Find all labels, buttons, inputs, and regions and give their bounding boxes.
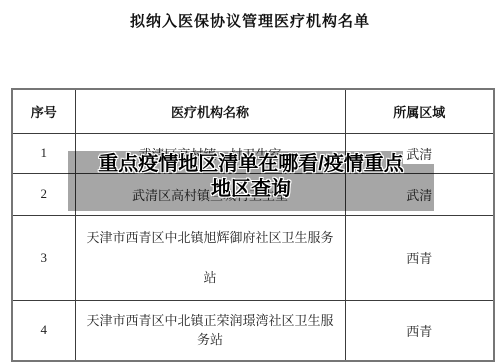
- region-label-highlight: 武清: [403, 143, 435, 164]
- serial-cell: 4: [12, 300, 75, 361]
- header-serial: 序号: [12, 89, 75, 133]
- table-row-1: 1 武清区高村镇…村卫生室 武清: [12, 133, 494, 173]
- name-cell: 天津市西青区中北镇旭辉御府社区卫生服务站: [75, 215, 345, 300]
- region-cell: 武清: [345, 173, 494, 215]
- serial-cell: 3: [12, 215, 75, 300]
- institution-table: 序号 医疗机构名称 所属区域 1 武清区高村镇…村卫生室 武清 2 武清区高村镇…: [11, 88, 495, 362]
- table-row-3: 3 天津市西青区中北镇旭辉御府社区卫生服务站 西青: [12, 215, 494, 300]
- name-cell: 天津市西青区中北镇正荣润璟湾社区卫生服务站: [75, 300, 345, 361]
- header-region: 所属区域: [345, 89, 494, 133]
- table-row-4: 4 天津市西青区中北镇正荣润璟湾社区卫生服务站 西青: [12, 300, 494, 361]
- page-title: 拟纳入医保协议管理医疗机构名单: [0, 10, 500, 31]
- region-cell: 西青: [345, 215, 494, 300]
- table-header-row: 序号 医疗机构名称 所属区域: [12, 89, 494, 133]
- serial-cell: 2: [12, 173, 75, 215]
- region-cell: 武清: [345, 133, 494, 173]
- serial-cell: 1: [12, 133, 75, 173]
- name-cell: 武清区高村镇…村卫生室: [75, 133, 345, 173]
- page: 拟纳入医保协议管理医疗机构名单 序号 医疗机构名称 所属区域 1 武清区高村镇……: [0, 0, 500, 364]
- region-cell: 西青: [345, 300, 494, 361]
- table-row-2: 2 武清区高村镇兰城村卫生室 武清: [12, 173, 494, 215]
- name-cell: 武清区高村镇兰城村卫生室: [75, 173, 345, 215]
- header-institution-name: 医疗机构名称: [75, 89, 345, 133]
